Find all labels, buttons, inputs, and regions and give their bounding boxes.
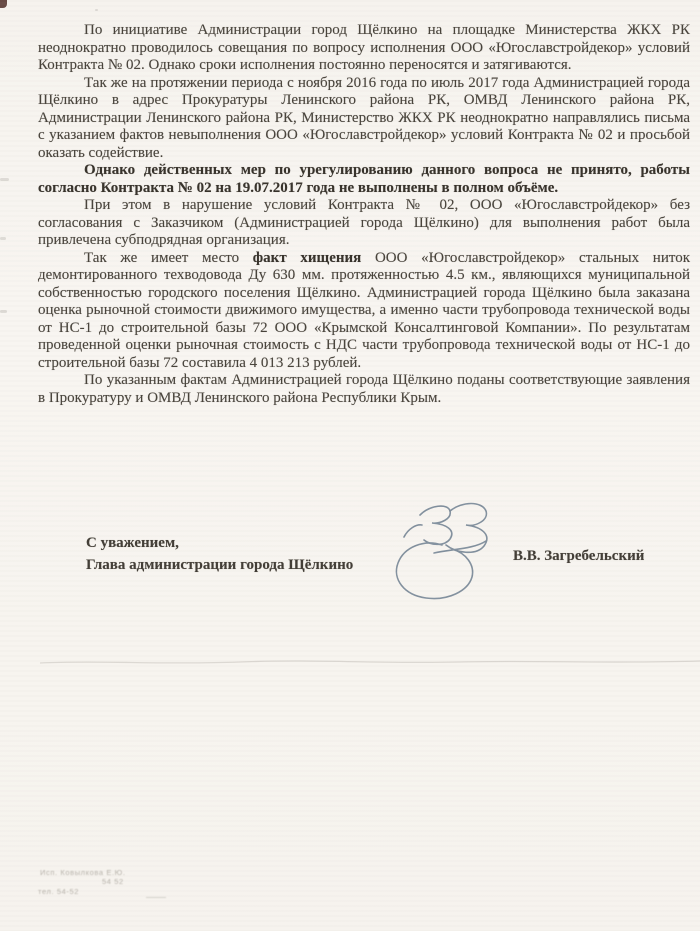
scan-edge-smudge [0,237,6,240]
scanned-letter-page: По инициативе Администрации город Щёлкин… [0,0,700,931]
executor-phone-line: тел. 54-52 [38,887,79,896]
scan-crease-line [40,657,700,667]
scan-corner-artifact [0,0,7,8]
executor-extension-line: 54 52 [102,877,124,886]
paragraph-theft-valuation: Так же имеет место факт хищения ООО «Юго… [38,250,690,373]
letter-body: По инициативе Администрации город Щёлкин… [38,22,690,407]
paragraph-applications-filed: По указанным фактам Администрацией город… [38,372,690,407]
signatory-name: В.В. Загребельский [513,548,644,565]
paragraph-no-measures-bold: Однако действенных мер по урегулированию… [38,162,690,197]
scan-edge-smudge [0,310,7,313]
theft-fact-emphasis: факт хищения [253,250,361,266]
footer-faint-dash [146,897,166,898]
signatory-title: Глава администрации города Щёлкино [86,554,353,576]
scan-edge-smudge [0,178,9,181]
scan-speck [95,9,98,11]
paragraph-meetings: По инициативе Администрации город Щёлкин… [38,22,690,75]
handwritten-signature-icon [390,497,515,605]
paragraph-letters-sent: Так же на протяжении периода с ноября 20… [38,75,690,163]
theft-paragraph-rest: ООО «Югославстройдекор» стальных ниток д… [38,250,690,371]
signature-closing-block: С уважением, Глава администрации города … [86,532,353,576]
closing-line: С уважением, [86,532,353,554]
theft-paragraph-lead: Так же имеет место [84,250,253,266]
executor-name-line: Исп. Ковылкова Е.Ю. [40,868,126,877]
paragraph-subcontractor: При этом в нарушение условий Контракта №… [38,197,690,250]
